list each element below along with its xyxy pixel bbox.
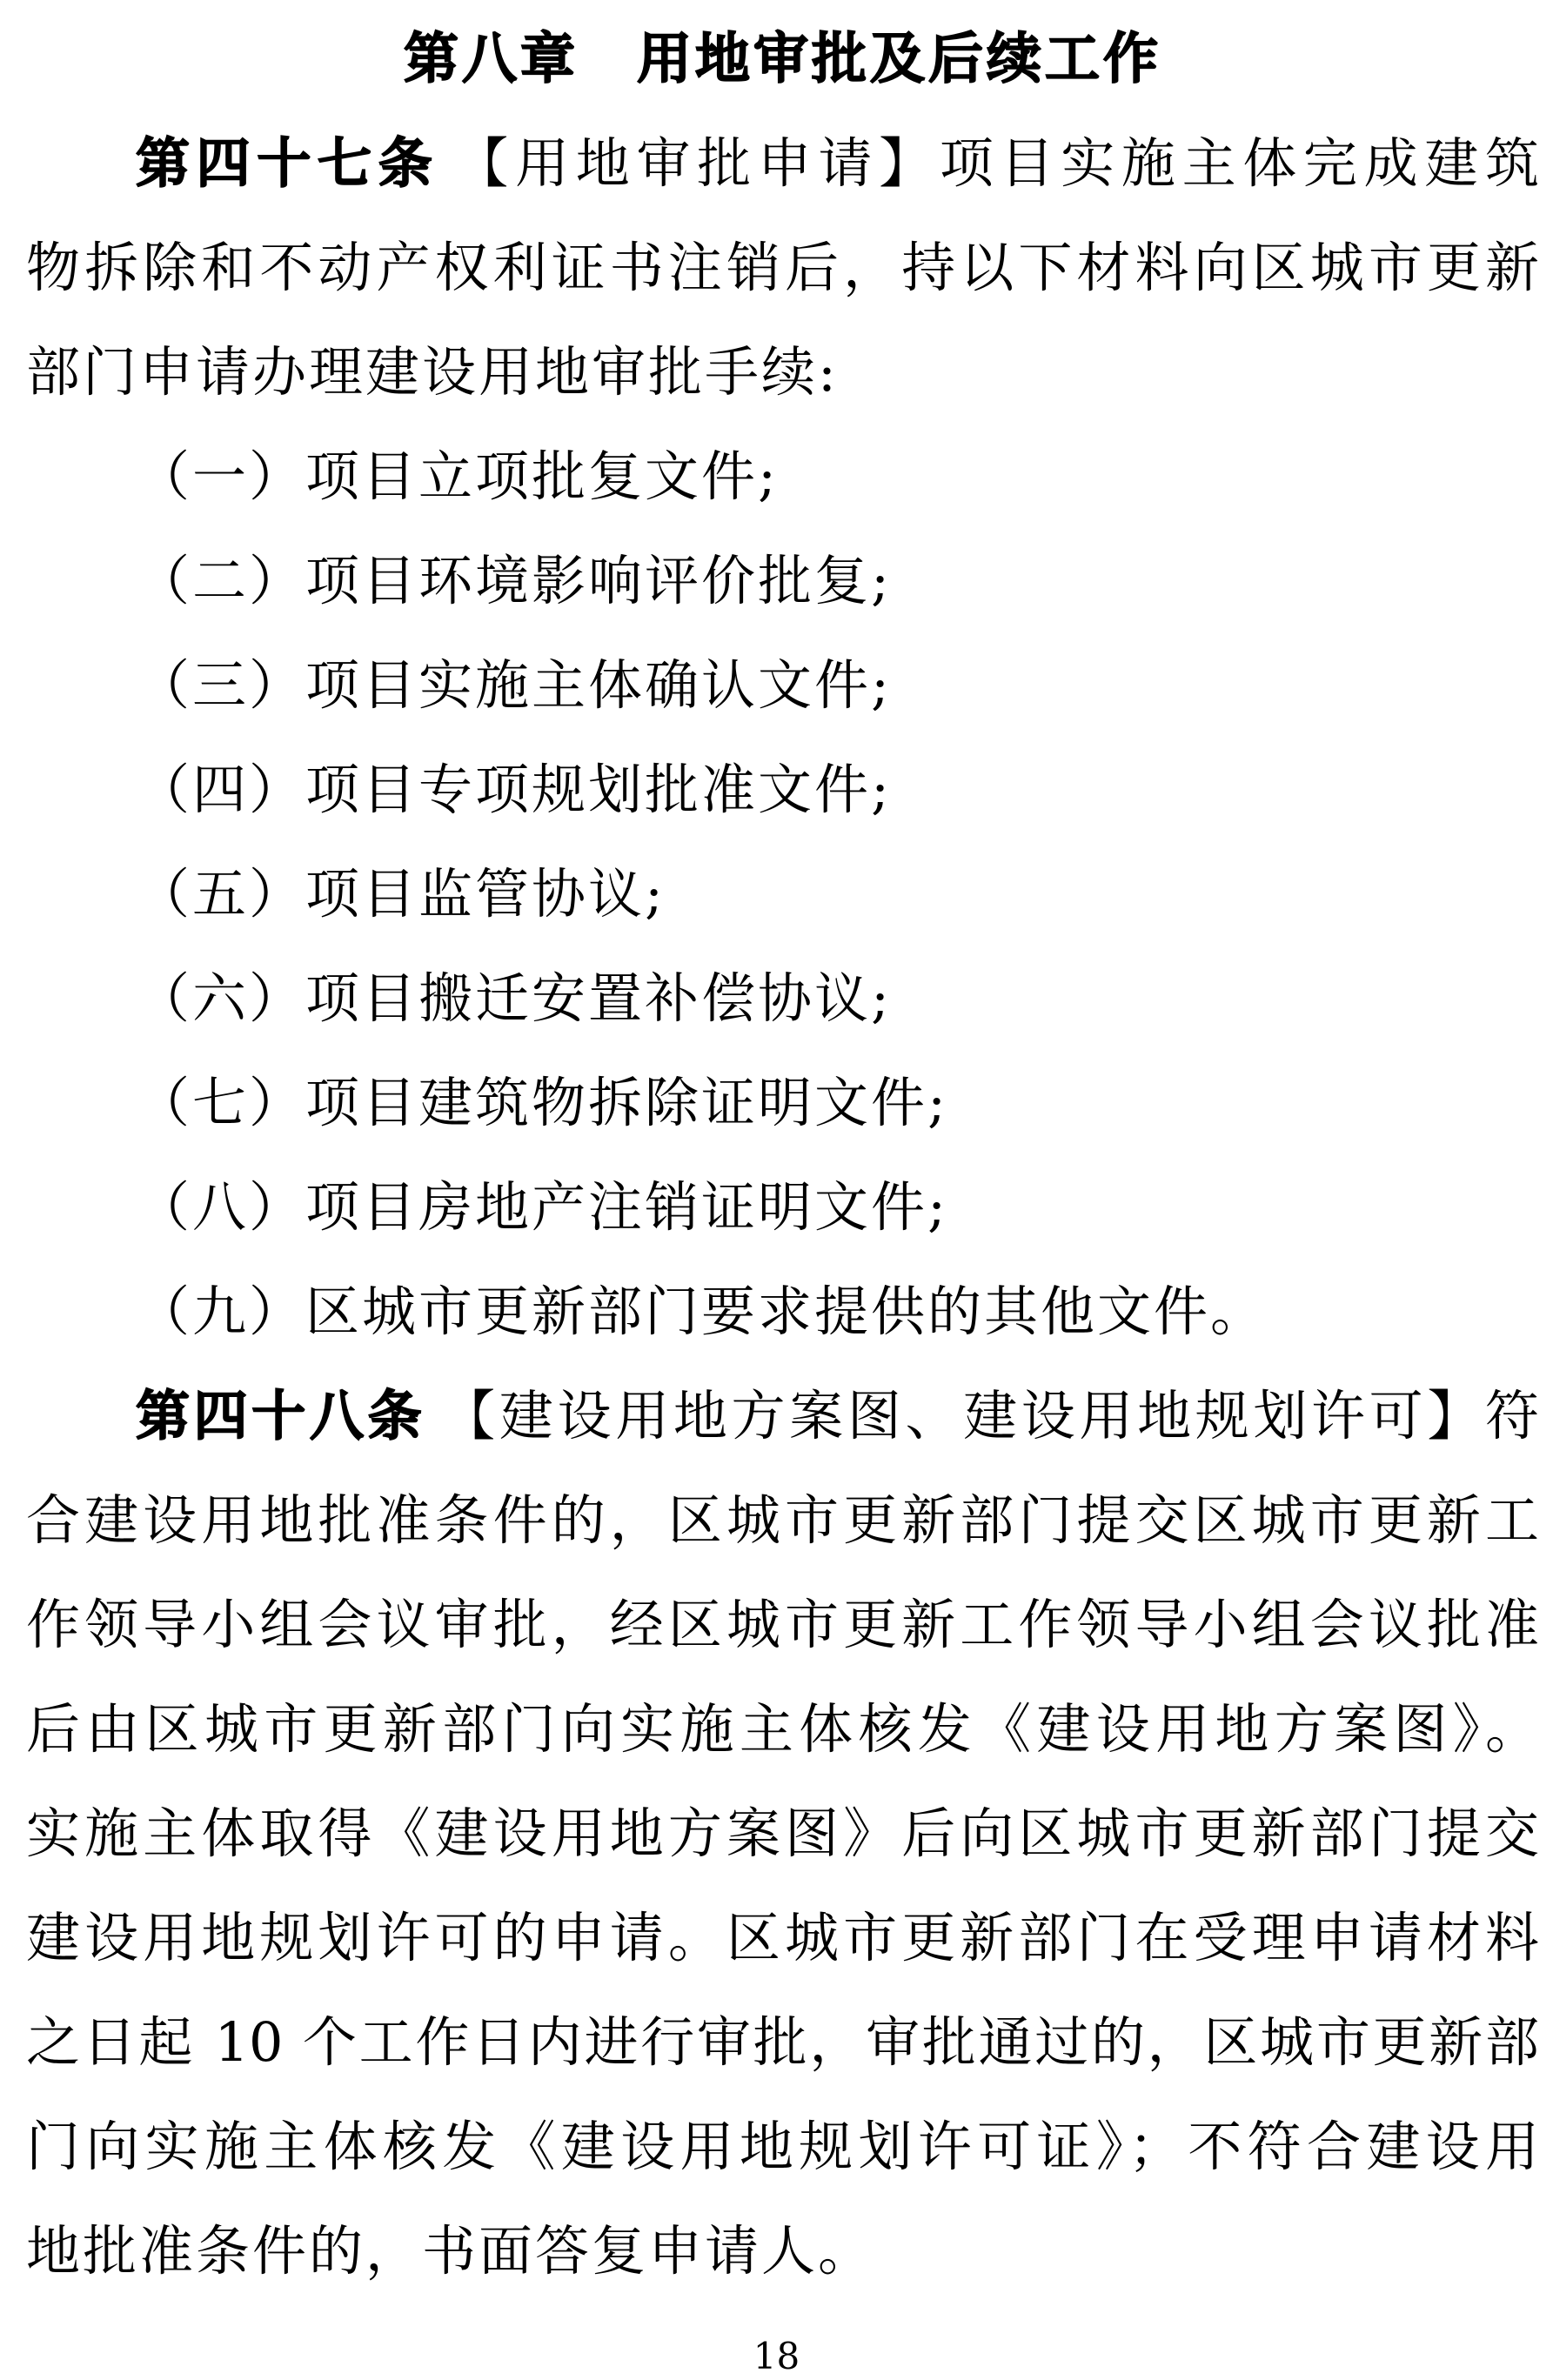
article-48-number: 第四十八条	[136, 1384, 425, 1447]
article-48-line-6: 建设用地规划许可的申请。区城市更新部门在受理申请材料	[26, 1886, 1539, 1990]
article-48-line-3: 作领导小组会议审批，经区城市更新工作领导小组会议批准	[26, 1573, 1539, 1677]
article-48-line-5: 实施主体取得《建设用地方案图》后向区城市更新部门提交	[26, 1782, 1539, 1886]
list-item: （二）项目环境影响评价批复;	[26, 529, 1539, 633]
list-item: （八）项目房地产注销证明文件;	[26, 1155, 1539, 1260]
article-48-line-9: 地批准条件的，书面答复申请人。	[26, 2199, 1539, 2303]
article-47-line-2: 物拆除和不动产权利证书注销后，持以下材料向区城市更新	[26, 216, 1539, 320]
page-number: 18	[0, 2337, 1553, 2377]
article-48-opening-text: 【建设用地方案图、建设用地规划许可】符	[441, 1384, 1539, 1447]
article-48-line-7: 之日起 10 个工作日内进行审批，审批通过的，区城市更新部	[26, 1990, 1539, 2095]
article-47-line-3: 部门申请办理建设用地审批手续:	[26, 320, 1539, 425]
list-item: （四）项目专项规划批准文件;	[26, 738, 1539, 842]
article-47-opening-text: 【用地审批申请】项目实施主体完成建筑	[454, 131, 1539, 195]
document-page: 第八章 用地审批及后续工作 第四十七条【用地审批申请】项目实施主体完成建筑 物拆…	[0, 0, 1553, 2380]
list-item: （三）项目实施主体确认文件;	[26, 633, 1539, 738]
article-47-number: 第四十七条	[136, 131, 438, 195]
list-item: （七）项目建筑物拆除证明文件;	[26, 1051, 1539, 1155]
article-48-line-4: 后由区城市更新部门向实施主体核发《建设用地方案图》。	[26, 1677, 1539, 1782]
article-48-line-8: 门向实施主体核发《建设用地规划许可证》；不符合建设用	[26, 2095, 1539, 2199]
list-item: （六）项目搬迁安置补偿协议;	[26, 946, 1539, 1051]
list-item: （九）区城市更新部门要求提供的其他文件。	[26, 1260, 1539, 1364]
list-item: （五）项目监管协议;	[26, 842, 1539, 946]
article-48-line-2: 合建设用地批准条件的，区城市更新部门提交区城市更新工	[26, 1468, 1539, 1573]
chapter-title: 第八章 用地审批及后续工作	[26, 7, 1539, 111]
page-content: 第八章 用地审批及后续工作 第四十七条【用地审批申请】项目实施主体完成建筑 物拆…	[0, 0, 1553, 2303]
list-item: （一）项目立项批复文件;	[26, 425, 1539, 529]
article-48-opening-line: 第四十八条【建设用地方案图、建设用地规划许可】符	[26, 1364, 1539, 1468]
article-47-opening-line: 第四十七条【用地审批申请】项目实施主体完成建筑	[26, 111, 1539, 216]
